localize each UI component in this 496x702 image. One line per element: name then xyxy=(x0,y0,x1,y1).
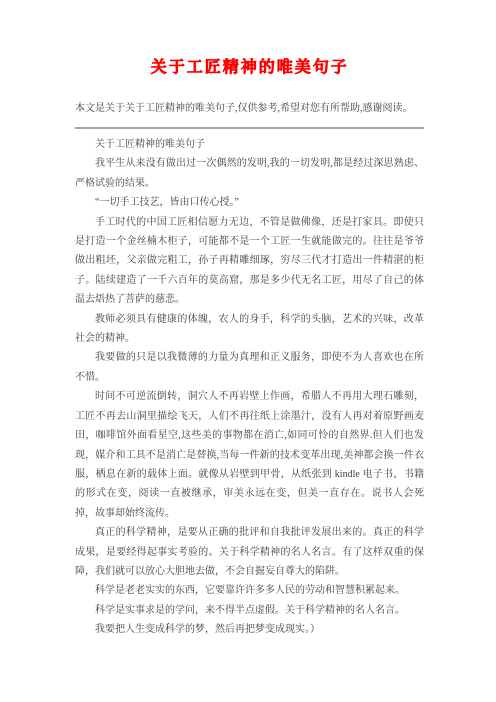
paragraph: 教师必须具有健康的体魄，农人的身手，科学的头脑，艺术的兴味，改革社会的精神。 xyxy=(75,310,424,349)
paragraph: 真正的科学精神，是要从正确的批评和自我批评发展出来的。真正的科学成果，是要经得起… xyxy=(75,523,424,581)
document-content: 关于工匠精神的唯美句子 本文是关于关于工匠精神的唯美句子,仅供参考,希望对您有所… xyxy=(0,0,496,640)
document-page: 关于工匠精神的唯美句子 本文是关于关于工匠精神的唯美句子,仅供参考,希望对您有所… xyxy=(0,0,496,702)
paragraph-heading: 关于工匠精神的唯美句子 xyxy=(75,135,424,154)
paragraph: 我要做的只是以我微薄的力量为真理和正义服务，即使不为人喜欢也在所不惜。 xyxy=(75,348,424,387)
paragraph: 我平生从来没有做出过一次偶然的发明,我的一切发明,都是经过深思熟虑、严格试验的结… xyxy=(75,154,424,193)
body-text: 关于工匠精神的唯美句子 我平生从来没有做出过一次偶然的发明,我的一切发明,都是经… xyxy=(75,135,424,640)
paragraph: 时间不可逆流倒转，洞穴人不再岩壁上作画，希腊人不再用大理石雕刻，工匠不再去山洞里… xyxy=(75,387,424,523)
intro-text: 本文是关于关于工匠精神的唯美句子,仅供参考,希望对您有所帮助,感谢阅读。 xyxy=(75,99,424,118)
divider xyxy=(75,127,424,129)
paragraph: 科学是实事求是的学问，来不得半点虚假。关于科学精神的名人名言。 xyxy=(75,601,424,620)
paragraph: 我要把人生变成科学的梦，然后再把梦变成现实。） xyxy=(75,620,424,639)
paragraph: 科学是老老实实的东西，它要靠许许多多人民的劳动和智慧积累起来。 xyxy=(75,581,424,600)
paragraph-quote: “一切手工技艺，皆由口传心授。” xyxy=(75,193,424,212)
document-title: 关于工匠精神的唯美句子 xyxy=(75,57,424,79)
paragraph: 手工时代的中国工匠相信愿力无边，不管是做佛像，还是打家具。即使只是打造一个金丝楠… xyxy=(75,213,424,310)
